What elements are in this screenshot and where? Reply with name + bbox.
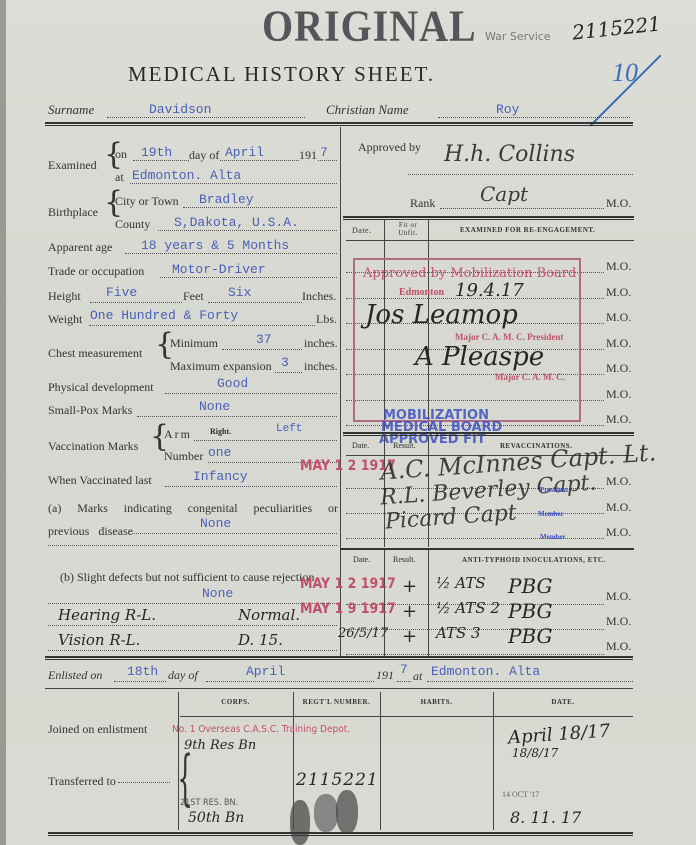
- role-member: Member: [538, 510, 564, 518]
- transferred-dots: [118, 782, 170, 783]
- service-header-date: Date.: [493, 698, 633, 706]
- enlisted-day-of-label: day of: [168, 668, 198, 683]
- defects-b-field: None: [48, 590, 337, 604]
- county-field: S,Dakota, U.S.A.: [158, 217, 337, 231]
- enlisted-year-prefix: 191: [376, 668, 394, 683]
- birthplace-label: Birthplace: [48, 205, 98, 220]
- ink-blot: [336, 790, 358, 834]
- chest-max-field: 3: [275, 359, 302, 373]
- mo-label: M.O.: [606, 196, 631, 211]
- date-transfer-2: 8. 11. 17: [510, 808, 581, 827]
- page-title: MEDICAL HISTORY SHEET.: [128, 62, 435, 87]
- corps-stamp-2: 21ST RES. BN.: [180, 798, 238, 808]
- trade-label: Trade or occupation: [48, 264, 144, 279]
- vaccinated-last-value: Infancy: [193, 469, 248, 484]
- enlisted-rule: [45, 688, 633, 689]
- antityphoid-dose: ATS 3: [436, 624, 481, 642]
- original-stamp: ORIGINAL: [262, 0, 477, 51]
- surname-value: Davidson: [149, 102, 211, 117]
- mo-label: M.O.: [606, 310, 631, 325]
- role-president: President: [540, 486, 568, 494]
- corps-joined-hand: 9th Res Bn: [184, 738, 256, 753]
- antityphoid-result: +: [402, 601, 417, 622]
- antityphoid-dose: ½ ATS: [436, 574, 486, 592]
- vaccination-label: Vaccination Marks: [48, 439, 138, 454]
- antityphoid-dose: ½ ATS 2: [436, 599, 500, 617]
- chest-min-field: 37: [222, 336, 302, 350]
- rank-value: Capt: [480, 182, 528, 206]
- vaccinated-last-field: Infancy: [165, 473, 337, 487]
- arm-field: Right. Left: [194, 427, 337, 441]
- reengagement-header-examined: Examined for Re-engagement.: [460, 226, 595, 234]
- number-value: one: [208, 445, 231, 460]
- county-label: County: [115, 217, 150, 232]
- christian-name-value: Roy: [496, 102, 519, 117]
- examined-year: 7: [320, 145, 328, 160]
- apparent-age-field: 18 years & 5 Months: [125, 240, 337, 254]
- enlisted-place: Edmonton. Alta: [431, 664, 540, 679]
- examined-at-label: at: [115, 170, 124, 185]
- antityphoid-header-title: Anti-Typhoid Inoculations, Etc.: [462, 556, 606, 564]
- rank-field: Capt: [440, 196, 604, 209]
- antityphoid-initials: PBG: [508, 574, 553, 598]
- reengagement-header-fit: Fit or Unfit.: [393, 221, 423, 237]
- marks-a-field: None: [132, 520, 337, 534]
- defects-b-value: None: [202, 586, 233, 601]
- mo-label: M.O.: [606, 285, 631, 300]
- approved-by-field: H.h. Collins: [408, 162, 633, 175]
- enlisted-place-field: Edmonton. Alta: [427, 668, 633, 682]
- joined-label: Joined on enlistment: [48, 722, 147, 737]
- city-field: Bradley: [183, 194, 337, 208]
- chest-min-label: Minimum: [170, 336, 218, 351]
- president-title: Major C. A. M. C. President: [455, 332, 563, 342]
- marks-a-value: None: [200, 516, 231, 531]
- smallpox-value: None: [199, 399, 230, 414]
- service-header-regt-number: Regt'l Number.: [293, 698, 380, 706]
- lower-divider: [45, 656, 633, 660]
- surname-field: Davidson: [107, 104, 305, 118]
- height-feet-value: Five: [106, 285, 137, 300]
- enlisted-day: 18th: [127, 664, 158, 679]
- service-header-rule: [180, 716, 633, 717]
- rank-label: Rank: [410, 196, 435, 211]
- enlisted-day-field: 18th: [114, 668, 166, 682]
- reengagement-top-rule: [343, 216, 634, 220]
- chest-min-value: 37: [256, 332, 272, 347]
- chest-label: Chest measurement: [48, 346, 142, 361]
- regt-number-value: 2115221: [296, 770, 379, 790]
- arm-value: Left: [276, 423, 302, 435]
- blue-pencil-mark: 10: [612, 58, 638, 88]
- hearing-result: Normal.: [238, 606, 300, 624]
- lbs-label: Lbs.: [316, 312, 337, 327]
- board-stamp-title: Approved by Mobilization Board: [363, 266, 576, 281]
- enlisted-label: Enlisted on: [48, 668, 102, 683]
- examined-on-label: on: [115, 147, 127, 162]
- revaccination-header-result: Result.: [393, 441, 415, 450]
- mo-label: M.O.: [606, 259, 631, 274]
- reengagement-header-rule: [346, 240, 634, 241]
- examined-day: 19th: [141, 145, 172, 160]
- approved-by-signature: H.h. Collins: [444, 142, 575, 167]
- left-edge: [0, 0, 6, 845]
- enlisted-month: April: [246, 664, 285, 679]
- feet-label: Feet: [183, 289, 204, 304]
- vaccinated-last-label: When Vaccinated last: [48, 473, 152, 488]
- antityphoid-result: +: [402, 576, 417, 597]
- year-prefix: 191: [299, 148, 317, 163]
- mo-label: M.O.: [606, 361, 631, 376]
- mo-label: M.O.: [606, 639, 631, 654]
- revaccination-header-date: Date.: [352, 441, 369, 450]
- mo-label: M.O.: [606, 500, 631, 515]
- antityphoid-date: 26/5/17: [338, 626, 388, 641]
- weight-value: One Hundred & Forty: [90, 308, 238, 323]
- examined-place-field: Edmonton. Alta: [130, 170, 337, 184]
- physical-development-label: Physical development: [48, 380, 154, 395]
- mo-label: M.O.: [606, 412, 631, 427]
- chest-min-unit: inches.: [304, 336, 338, 351]
- corps-transfer-hand: 50th Bn: [188, 810, 244, 826]
- board-stamp-place: Edmonton: [399, 287, 444, 298]
- president-signature: Jos Leamop: [365, 300, 518, 330]
- mo-label: M.O.: [606, 474, 631, 489]
- inches-label: Inches.: [302, 289, 336, 304]
- defects-row-2: Vision R-L. D. 15.: [48, 637, 337, 651]
- mo-label: M.O.: [606, 525, 631, 540]
- service-col-3: [380, 692, 381, 830]
- service-header-corps: Corps.: [178, 698, 293, 706]
- hearing-text: Hearing R-L.: [58, 606, 156, 624]
- christian-name-label: Christian Name: [326, 102, 409, 118]
- trade-value: Motor-Driver: [172, 262, 266, 277]
- examined-label: Examined: [48, 158, 97, 173]
- enlisted-at-label: at: [413, 669, 422, 684]
- member-title: Major C. A. M. C.: [495, 372, 565, 382]
- vision-result: D. 15.: [238, 631, 283, 649]
- antityphoid-header-date: Date.: [353, 555, 370, 564]
- number-label: Number: [164, 449, 203, 464]
- revaccination-top-rule: [343, 432, 634, 436]
- examined-date-field: 19th day of April 191 7: [133, 147, 337, 161]
- vision-text: Vision R-L.: [58, 631, 140, 649]
- trade-field: Motor-Driver: [160, 264, 337, 278]
- defects-b-label: (b) Slight defects but not sufficient to…: [60, 570, 314, 585]
- day-of-label: day of: [189, 148, 219, 163]
- antityphoid-initials: PBG: [508, 624, 553, 648]
- mo-label: M.O.: [606, 336, 631, 351]
- role-member: Member: [540, 533, 566, 541]
- date-stamp-oct: 14 OCT '17: [502, 790, 539, 799]
- antityphoid-header-result: Result.: [393, 555, 415, 564]
- surname-label: Surname: [48, 102, 94, 118]
- enlisted-year-field: 7: [397, 668, 411, 682]
- mo-label: M.O.: [606, 387, 631, 402]
- arm-label: Arm: [164, 427, 192, 442]
- height-inches-field: Six: [208, 289, 302, 303]
- smallpox-label: Small-Pox Marks: [48, 403, 132, 418]
- smallpox-field: None: [137, 403, 337, 417]
- corps-stamp: No. 1 Overseas C.A.S.C. Training Depot.: [172, 724, 350, 735]
- weight-field: One Hundred & Forty: [89, 312, 315, 326]
- bottom-rule: [48, 832, 633, 836]
- antityphoid-date: MAY 1 9 1917: [300, 601, 396, 617]
- enlisted-year: 7: [400, 662, 408, 677]
- board-stamp-date: 19.4.17: [455, 280, 524, 301]
- marks-a-extra-line: [48, 545, 337, 546]
- height-label: Height: [48, 289, 81, 304]
- height-feet-field: Five: [90, 289, 182, 303]
- physical-development-field: Good: [165, 380, 337, 394]
- header-divider: [45, 122, 633, 126]
- approved-by-label: Approved by: [358, 140, 421, 155]
- service-header-habits: Habits.: [380, 698, 493, 706]
- war-service-stamp: War Service: [485, 30, 551, 43]
- physical-development-value: Good: [217, 376, 248, 391]
- member-signature: A Pleaspe: [415, 342, 544, 372]
- examined-place: Edmonton. Alta: [132, 168, 241, 183]
- chest-max-unit: inches.: [304, 359, 338, 374]
- defects-row-1: Hearing R-L. Normal.: [48, 612, 337, 626]
- mo-label: M.O.: [606, 614, 631, 629]
- antityphoid-initials: PBG: [508, 599, 553, 623]
- mo-label: M.O.: [606, 589, 631, 604]
- chest-max-value: 3: [281, 355, 289, 370]
- ink-blot: [314, 794, 338, 832]
- reengagement-header-date: Date.: [352, 226, 372, 235]
- service-col-4: [493, 692, 494, 830]
- weight-label: Weight: [48, 312, 82, 327]
- county-value: S,Dakota, U.S.A.: [174, 215, 299, 230]
- antityphoid-row: [346, 644, 604, 655]
- chest-max-label: Maximum expansion: [170, 359, 272, 374]
- height-inches-value: Six: [228, 285, 251, 300]
- city-value: Bradley: [199, 192, 254, 207]
- transferred-label: Transferred to: [48, 774, 116, 789]
- apparent-age-label: Apparent age: [48, 240, 112, 255]
- enlisted-month-field: April: [206, 668, 374, 682]
- mobilization-board-stamp: Approved by Mobilization Board Edmonton …: [353, 258, 581, 422]
- city-label: City or Town: [115, 194, 179, 209]
- examined-month: April: [225, 145, 264, 160]
- christian-name-field: Roy: [438, 104, 630, 118]
- apparent-age-value: 18 years & 5 Months: [141, 238, 289, 253]
- date-transfer-1: 18/8/17: [512, 746, 558, 760]
- ink-blot: [290, 800, 310, 845]
- arm-printed: Right.: [210, 427, 231, 436]
- antityphoid-date: MAY 1 2 1917: [300, 576, 396, 592]
- antityphoid-result: +: [402, 626, 417, 647]
